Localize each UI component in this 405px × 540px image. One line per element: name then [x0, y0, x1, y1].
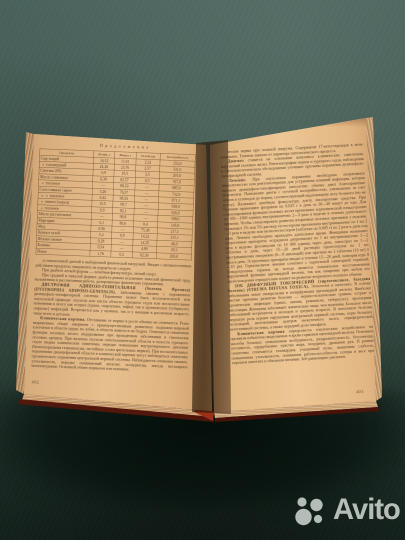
- right-page-text: ческие нервы при сильной нагрузке. Содер…: [220, 142, 375, 366]
- nutrition-table: ПродуктыБелки, гЖиры, гУглеводыКалорийно…: [36, 148, 196, 260]
- paragraph: Лечение. При опухолевом поражении необхо…: [222, 171, 371, 284]
- left-page-text: установленной диетой и выборочной физиче…: [31, 258, 191, 374]
- carbs-cell: 62,39: [132, 252, 156, 259]
- protein-cell: 1,76: [90, 250, 111, 257]
- page-number-right: 403: [356, 390, 364, 395]
- right-page: ческие нервы при сильной нагрузке. Содер…: [208, 118, 380, 414]
- fat-cell: 0,2: [111, 251, 132, 258]
- paragraph: Клиническая картина определяется токсиче…: [230, 324, 375, 366]
- product-name-cell: Изюм: [36, 248, 90, 256]
- left-page: Продолжение ПродуктыБелки, гЖиры, гУглев…: [24, 123, 214, 418]
- avito-circles-icon: [287, 489, 329, 531]
- calories-cell: 269,0: [156, 253, 191, 261]
- paragraph: Клиническая картина. Отставание от нормы…: [31, 315, 189, 374]
- paragraph: ЗОБ ДИФФУЗНЫЙ ТОКСИЧЕСКИЙ (тиреотоксикоз…: [227, 276, 372, 332]
- table-body: Сыр тощий 14,52 11,01 2,32 252,0 « голла…: [36, 155, 195, 260]
- page-number-left: 402: [32, 380, 40, 385]
- avito-watermark: Avito: [287, 489, 401, 531]
- avito-brand-text: Avito: [333, 493, 400, 527]
- book-photo: Продолжение ПродуктыБелки, гЖиры, гУглев…: [0, 0, 405, 540]
